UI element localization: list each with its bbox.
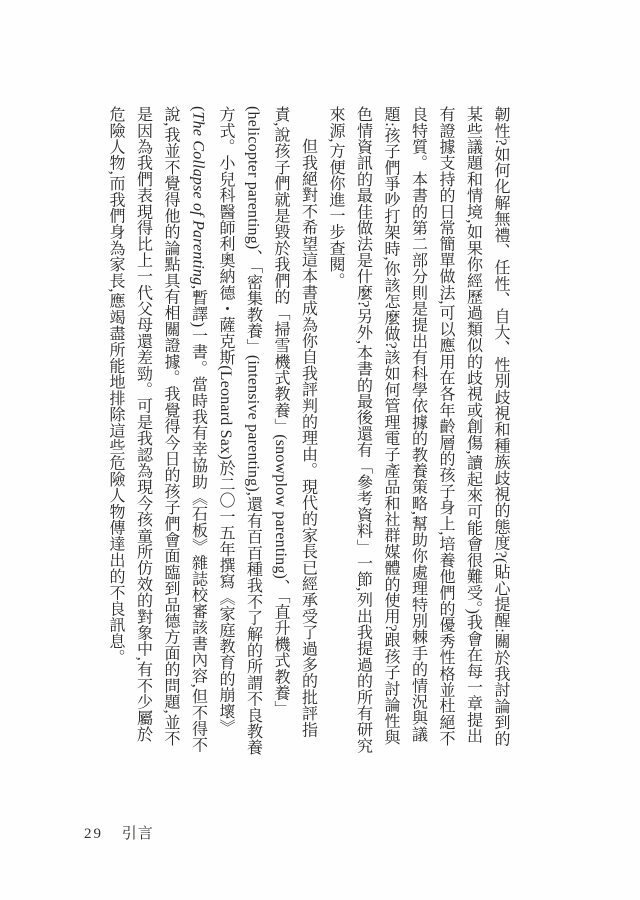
page-footer: 29 引言: [84, 822, 154, 843]
chapter-title: 引言: [122, 826, 154, 842]
book-title-latin: The Collapse of Parenting: [190, 112, 207, 286]
text-run: 韌性?如何化解無禮、任性、自大、性別歧視和種族歧視的態度?(貼心提醒:關於我討論…: [327, 106, 509, 754]
page-number: 29: [84, 826, 103, 843]
body-text: 韌性?如何化解無禮、任性、自大、性別歧視和種族歧視的態度?(貼心提醒:關於我討論…: [102, 106, 515, 756]
book-page: 韌性?如何化解無禮、任性、自大、性別歧視和種族歧視的態度?(貼心提醒:關於我討論…: [0, 0, 640, 900]
text-run: 但我絕對不希望這本書成為你自我評判的理由。現代的家長已經承受了過多的批評指責,說…: [190, 106, 317, 755]
paragraph: 韌性?如何化解無禮、任性、自大、性別歧視和種族歧視的態度?(貼心提醒:關於我討論…: [322, 106, 515, 756]
paragraph: 但我絕對不希望這本書成為你自我評判的理由。現代的家長已經承受了過多的批評指責,說…: [102, 106, 322, 756]
